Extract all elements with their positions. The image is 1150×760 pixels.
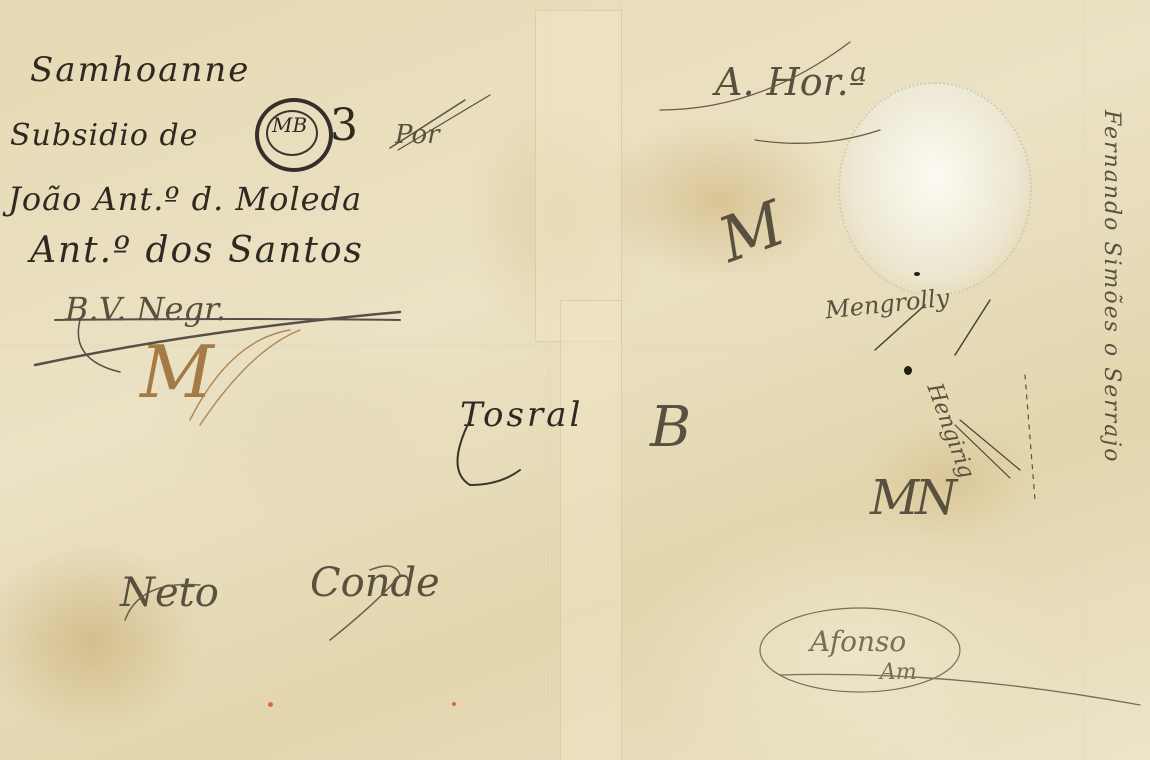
- ink-blot: [914, 272, 920, 276]
- red-spot: [268, 702, 273, 707]
- ink-blot: [904, 366, 912, 375]
- red-spot: [452, 702, 456, 706]
- ink-strokes: [0, 0, 1150, 760]
- document-scan: Samhoanne Subsidio de MB 3 Por João Ant.…: [0, 0, 1150, 760]
